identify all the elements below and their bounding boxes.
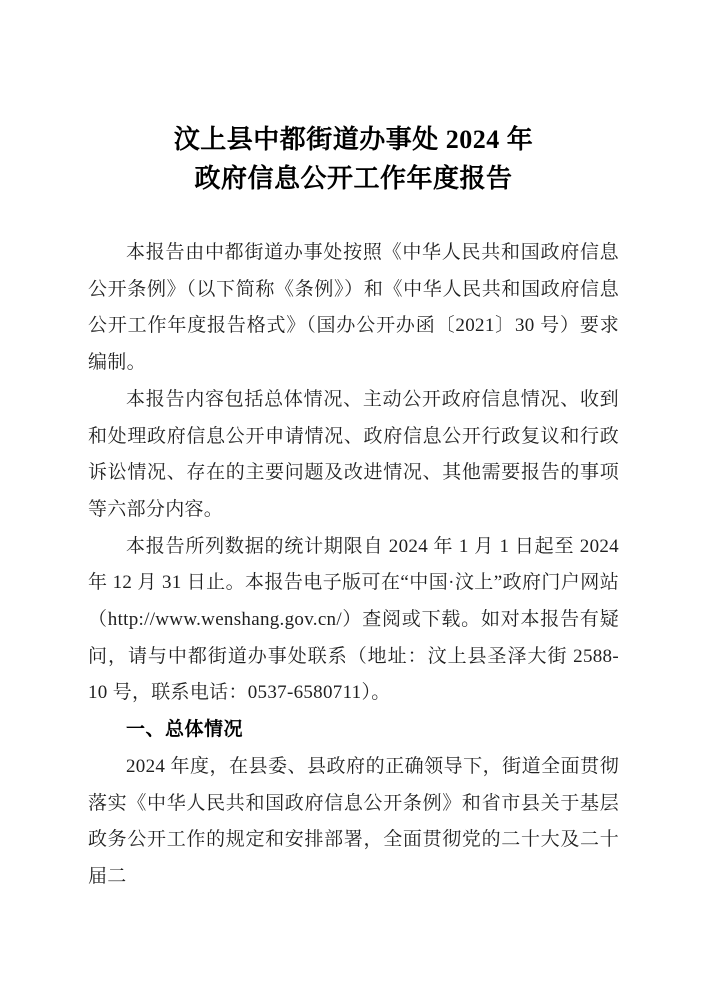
document-title-line2: 政府信息公开工作年度报告 [88,159,619,198]
paragraph-report-contents: 本报告内容包括总体情况、主动公开政府信息情况、收到和处理政府信息公开申请情况、政… [88,382,619,529]
document-page: 汶上县中都街道办事处 2024 年 政府信息公开工作年度报告 本报告由中都街道办… [0,0,707,999]
document-title-line1: 汶上县中都街道办事处 2024 年 [88,120,619,159]
section-heading-overall-situation: 一、总体情况 [88,712,619,749]
document-body: 本报告由中都街道办事处按照《中华人民共和国政府信息公开条例》（以下简称《条例》）… [88,235,619,896]
website-url: http://www.wenshang.gov.cn/ [108,609,342,630]
paragraph-section1-body: 2024 年度，在县委、县政府的正确领导下，街道全面贯彻落实《中华人民共和国政府… [88,749,619,896]
paragraph-data-period: 本报告所列数据的统计期限自 2024 年 1 月 1 日起至 2024 年 12… [88,529,619,713]
paragraph-report-basis: 本报告由中都街道办事处按照《中华人民共和国政府信息公开条例》（以下简称《条例》）… [88,235,619,382]
document-title: 汶上县中都街道办事处 2024 年 政府信息公开工作年度报告 [88,120,619,198]
